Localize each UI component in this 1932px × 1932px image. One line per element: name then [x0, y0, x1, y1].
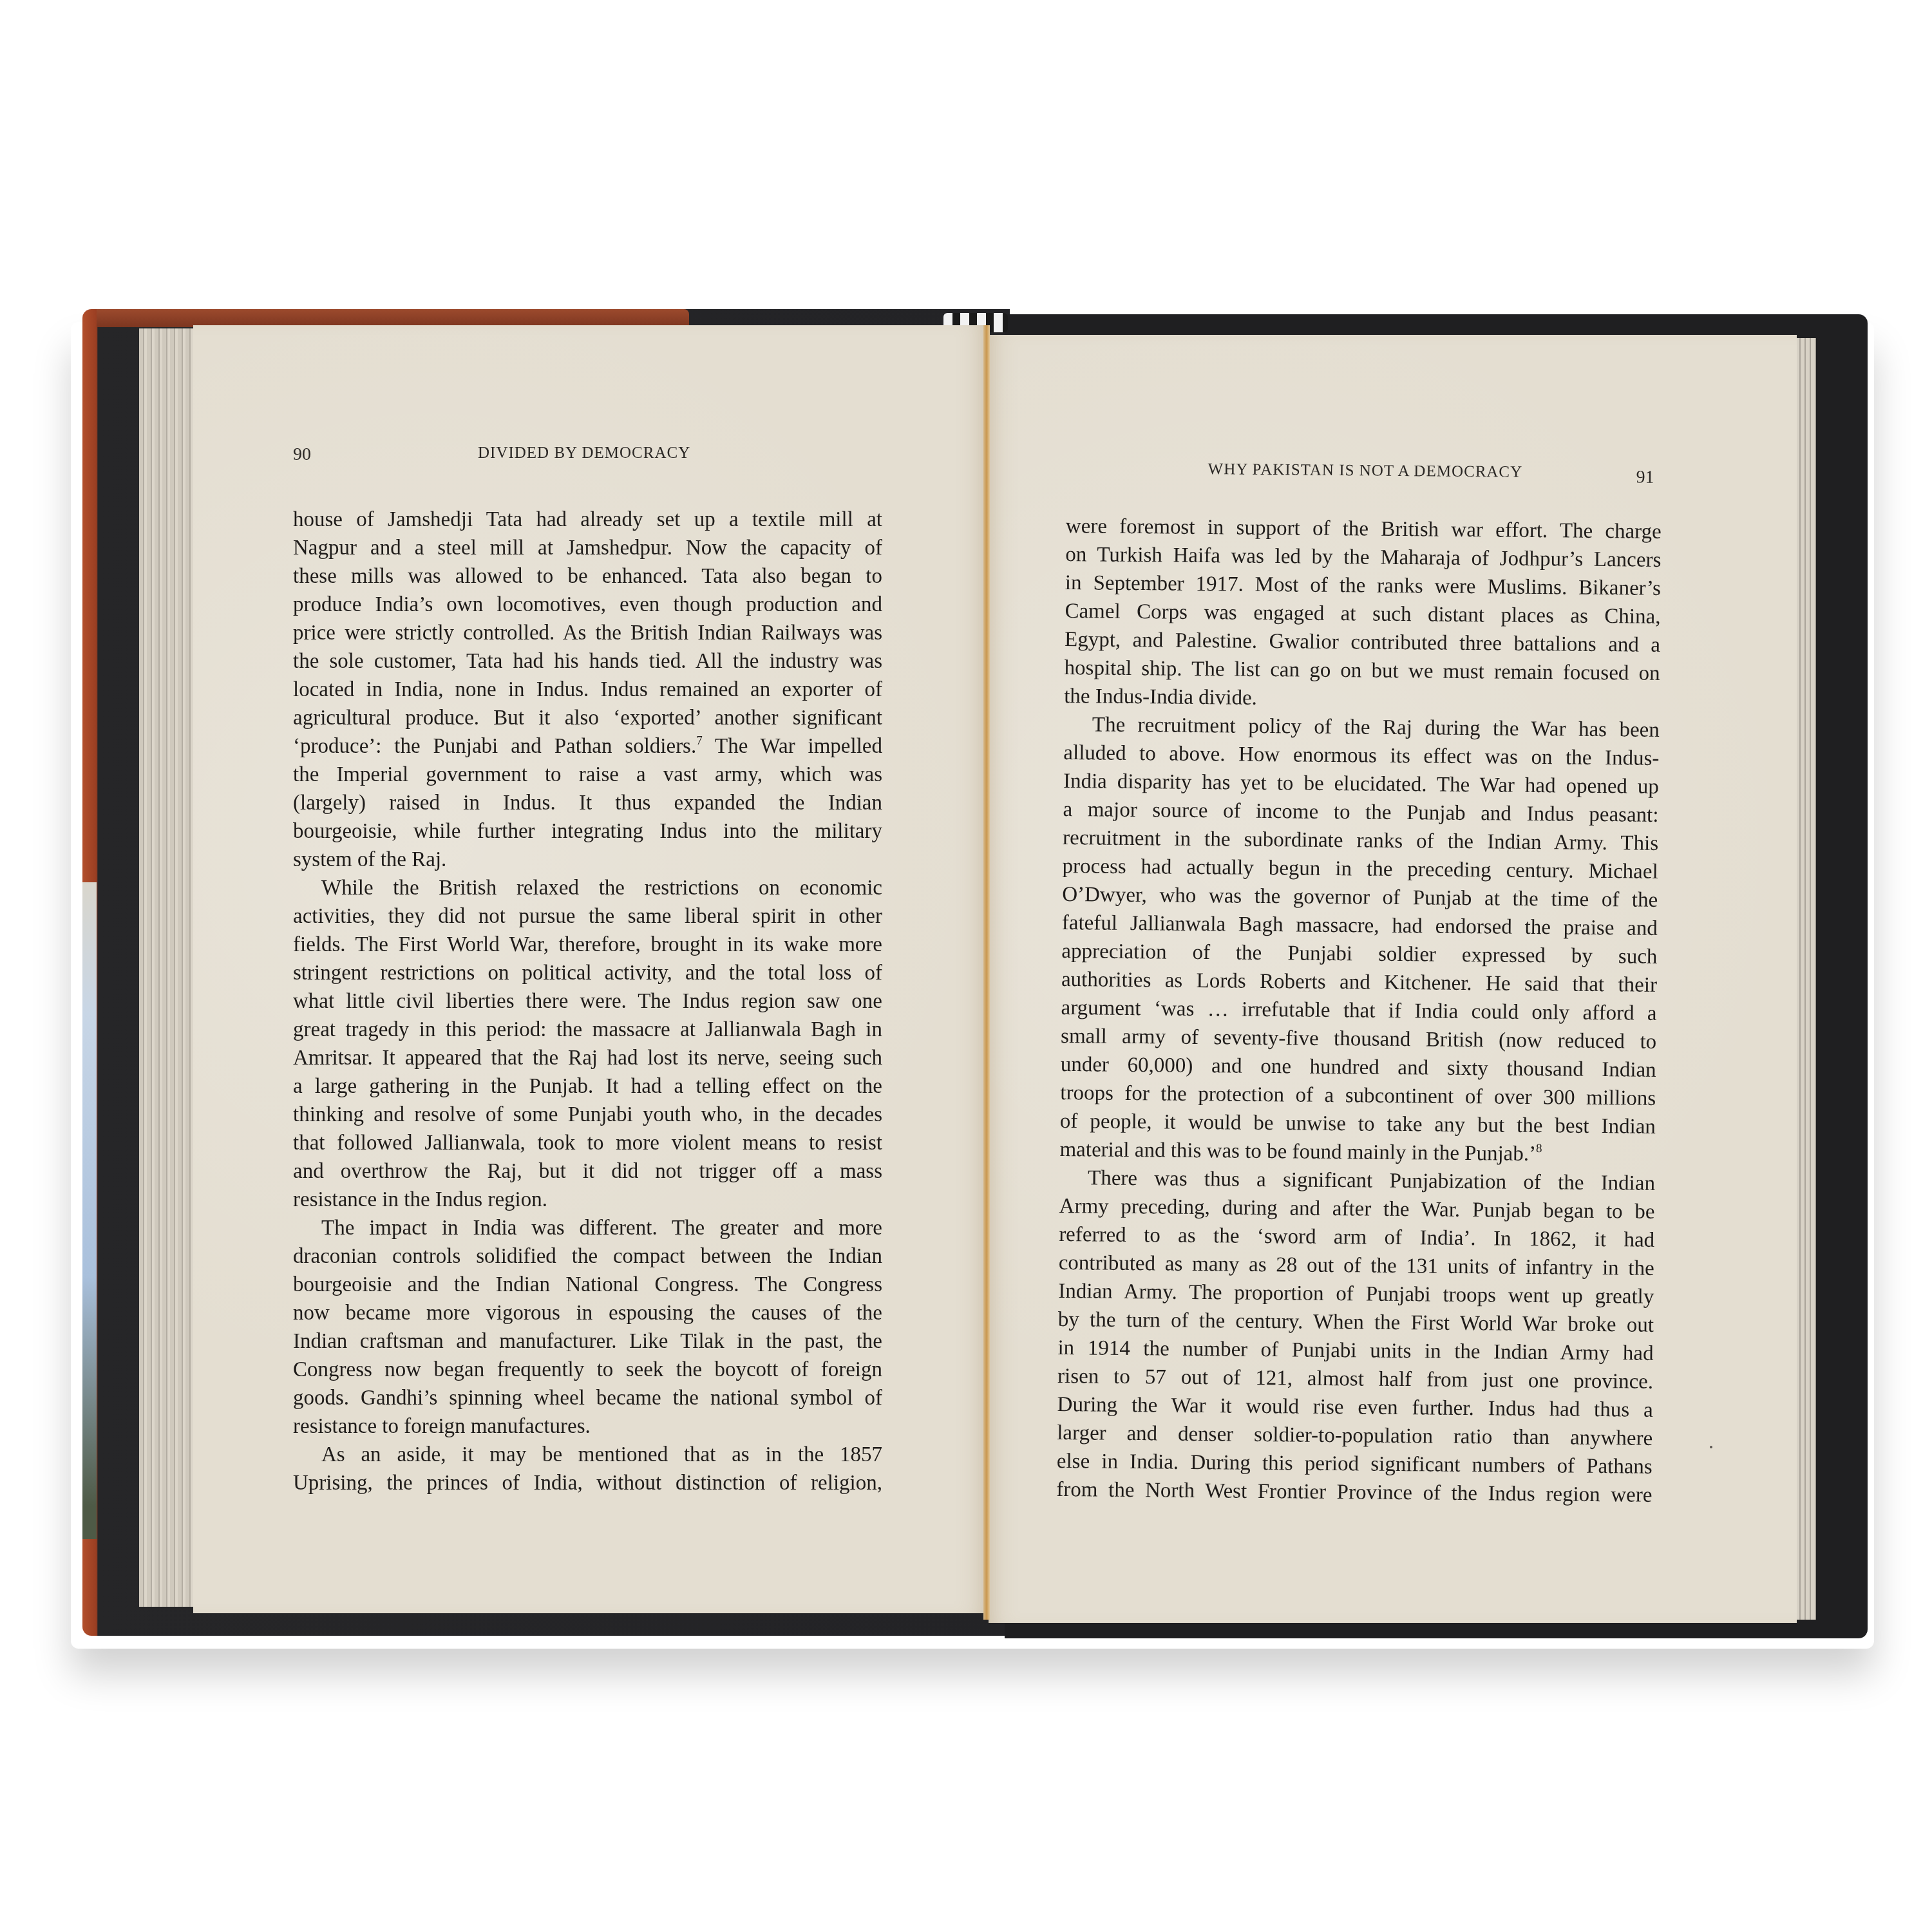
text-line: Indian craftsman and manufacturer. Like … [293, 1327, 882, 1356]
text-line: activities, they did not pursue the same… [293, 902, 882, 931]
book-gutter [983, 325, 990, 1620]
line-text: were foremost in support of the British … [1066, 515, 1662, 544]
line-text: the Indus-India divide. [1064, 685, 1257, 710]
text-line: Amritsar. It appeared that the Raj had l… [293, 1044, 882, 1072]
line-text: of people, it would be unwise to take an… [1060, 1110, 1656, 1139]
left-page-body: house of Jamshedji Tata had already set … [293, 506, 882, 1497]
text-line: the Imperial government to raise a vast … [293, 761, 882, 789]
text-line: located in India, none in Indus. Indus r… [293, 676, 882, 704]
line-text: ‘produce’: the Punjabi and Pathan soldie… [293, 735, 696, 758]
paper-speck [1710, 1446, 1712, 1448]
dust-jacket-edge [82, 882, 97, 1539]
line-text: Army preceding, during and after the War… [1059, 1195, 1654, 1224]
text-line: As an aside, it may be mentioned that as… [293, 1441, 882, 1469]
line-text: resistance in the Indus region. [293, 1188, 547, 1211]
line-text: the sole customer, Tata had his hands ti… [293, 650, 882, 673]
text-line: what little civil liberties there were. … [293, 987, 882, 1016]
line-text: house of Jamshedji Tata had already set … [293, 508, 882, 531]
line-text: fateful Jallianwala Bagh massacre, had e… [1062, 911, 1658, 940]
line-text: The recruitment policy of the Raj during… [1092, 713, 1660, 741]
line-text: fields. The First World War, therefore, … [293, 933, 882, 956]
text-line: now became more vigorous in espousing th… [293, 1299, 882, 1327]
line-text: a major source of income to the Punjab a… [1063, 798, 1658, 827]
left-page-number: 90 [293, 444, 311, 465]
line-text: under 60,000) and one hundred and sixty … [1061, 1053, 1656, 1082]
line-text: contributed as many as 28 out of the 131… [1059, 1251, 1654, 1280]
text-line: these mills was allowed to be enhanced. … [293, 562, 882, 591]
text-line: the sole customer, Tata had his hands ti… [293, 647, 882, 676]
footnote-marker[interactable]: 8 [1536, 1142, 1542, 1155]
text-line: thinking and resolve of some Punjabi you… [293, 1101, 882, 1129]
line-text: The impact in India was different. The g… [321, 1217, 882, 1240]
line-text: alluded to above. How enormous its effec… [1063, 741, 1659, 770]
line-text-after: The War impelled [703, 735, 882, 758]
text-line: Uprising, the princes of India, without … [293, 1469, 882, 1497]
line-text: in 1914 the number of Punjabi units in t… [1057, 1336, 1653, 1365]
line-text: troops for the protection of a subcontin… [1060, 1081, 1656, 1110]
text-line: produce India’s own locomotives, even th… [293, 591, 882, 619]
line-text: Amritsar. It appeared that the Raj had l… [293, 1046, 882, 1070]
line-text: During the War it would rise even furthe… [1057, 1393, 1653, 1422]
text-line: house of Jamshedji Tata had already set … [293, 506, 882, 534]
line-text: and overthrow the Raj, but it did not tr… [293, 1160, 882, 1183]
spine-top-band [97, 309, 689, 327]
line-text: in September 1917. Most of the ranks wer… [1065, 571, 1661, 600]
right-page-number: 91 [1636, 467, 1654, 488]
line-text: process had actually begun in the preced… [1063, 855, 1658, 884]
line-text: now became more vigorous in espousing th… [293, 1302, 882, 1325]
line-text: small army of seventy-five thousand Brit… [1061, 1025, 1656, 1054]
text-line: a large gathering in the Punjab. It had … [293, 1072, 882, 1101]
footnote-marker[interactable]: 7 [696, 734, 703, 748]
line-text: material and this was to be found mainly… [1059, 1138, 1536, 1166]
text-line: Congress now began frequently to seek th… [293, 1356, 882, 1384]
text-line: price were strictly controlled. As the B… [293, 619, 882, 647]
text-line: (largely) raised in Indus. It thus expan… [293, 789, 882, 817]
text-line: bourgeoisie, while further integrating I… [293, 817, 882, 846]
text-line: that followed Jallianwala, took to more … [293, 1129, 882, 1157]
text-line: ‘produce’: the Punjabi and Pathan soldie… [293, 732, 882, 761]
line-text: else in India. During this period signif… [1057, 1450, 1653, 1479]
text-line: fields. The First World War, therefore, … [293, 931, 882, 959]
line-text: from the North West Frontier Province of… [1056, 1478, 1652, 1507]
line-text: larger and denser soldier-to-population … [1057, 1421, 1653, 1450]
text-line: resistance in the Indus region. [293, 1186, 882, 1214]
right-page-content: WHY PAKISTAN IS NOT A DEMOCRACY 91 were … [1056, 512, 1662, 1510]
line-text: recruitment in the subordinate ranks of … [1063, 826, 1658, 855]
line-text: on Turkish Haifa was led by the Maharaja… [1065, 543, 1661, 572]
line-text: bourgeoisie and the Indian National Cong… [293, 1273, 882, 1296]
text-line: agricultural produce. But it also ‘expor… [293, 704, 882, 732]
line-text: located in India, none in Indus. Indus r… [293, 678, 882, 701]
line-text: appreciation of the Punjabi soldier expr… [1061, 940, 1657, 969]
text-line: from the North West Frontier Province of… [1056, 1475, 1652, 1510]
line-text: goods. Gandhi’s spinning wheel became th… [293, 1387, 882, 1410]
line-text: system of the Raj. [293, 848, 446, 871]
line-text: Uprising, the princes of India, without … [293, 1472, 882, 1495]
line-text: these mills was allowed to be enhanced. … [293, 565, 882, 588]
line-text: referred to as the ‘sword arm of India’.… [1059, 1223, 1654, 1252]
line-text: the Imperial government to raise a vast … [293, 763, 882, 786]
text-line: The impact in India was different. The g… [293, 1214, 882, 1242]
line-text: argument ‘was … irrefutable that if Indi… [1061, 996, 1656, 1025]
line-text: O’Dwyer, who was the governor of Punjab … [1062, 883, 1658, 912]
line-text: While the British relaxed the restrictio… [321, 876, 882, 900]
left-running-head: DIVIDED BY DEMOCRACY [478, 444, 690, 462]
line-text: As an aside, it may be mentioned that as… [321, 1443, 882, 1466]
line-text: Congress now began frequently to seek th… [293, 1358, 882, 1381]
text-line: and overthrow the Raj, but it did not tr… [293, 1157, 882, 1186]
line-text: great tragedy in this period: the massac… [293, 1018, 882, 1041]
line-text: draconian controls solidified the compac… [293, 1245, 882, 1268]
line-text: Egypt, and Palestine. Gwalior contribute… [1065, 628, 1660, 657]
right-page-body: were foremost in support of the British … [1056, 512, 1662, 1510]
line-text: a large gathering in the Punjab. It had … [293, 1075, 882, 1098]
line-text: stringent restrictions on political acti… [293, 961, 882, 985]
line-text: resistance to foreign manufactures. [293, 1415, 591, 1438]
text-line: stringent restrictions on political acti… [293, 959, 882, 987]
line-text: bourgeoisie, while further integrating I… [293, 820, 882, 843]
line-text: price were strictly controlled. As the B… [293, 621, 882, 645]
line-text: that followed Jallianwala, took to more … [293, 1132, 882, 1155]
text-line: draconian controls solidified the compac… [293, 1242, 882, 1271]
line-text: thinking and resolve of some Punjabi you… [293, 1103, 882, 1126]
line-text: activities, they did not pursue the same… [293, 905, 882, 928]
line-text: agricultural produce. But it also ‘expor… [293, 706, 882, 730]
line-text: Camel Corps was engaged at such distant … [1065, 600, 1660, 629]
line-text: (largely) raised in Indus. It thus expan… [293, 791, 882, 815]
text-line: goods. Gandhi’s spinning wheel became th… [293, 1384, 882, 1412]
text-line: bourgeoisie and the Indian National Cong… [293, 1271, 882, 1299]
line-text: produce India’s own locomotives, even th… [293, 593, 882, 616]
right-running-head: WHY PAKISTAN IS NOT A DEMOCRACY [1208, 460, 1523, 482]
line-text: Indian Army. The proportion of Punjabi t… [1058, 1280, 1654, 1309]
text-line: While the British relaxed the restrictio… [293, 874, 882, 902]
line-text: India disparity has yet to be elucidated… [1063, 770, 1659, 799]
line-text: Nagpur and a steel mill at Jamshedpur. N… [293, 536, 882, 560]
line-text: what little civil liberties there were. … [293, 990, 882, 1013]
text-line: great tragedy in this period: the massac… [293, 1016, 882, 1044]
line-text: authorities as Lords Roberts and Kitchen… [1061, 968, 1657, 997]
text-line: system of the Raj. [293, 846, 882, 874]
line-text: by the turn of the century. When the Fir… [1058, 1308, 1654, 1337]
line-text: Indian craftsman and manufacturer. Like … [293, 1330, 882, 1353]
line-text: There was thus a significant Punjabizati… [1088, 1166, 1655, 1195]
line-text: risen to 57 out of 121, almost half from… [1057, 1365, 1653, 1394]
text-line: Nagpur and a steel mill at Jamshedpur. N… [293, 534, 882, 562]
text-line: resistance to foreign manufactures. [293, 1412, 882, 1441]
line-text: hospital ship. The list can go on but we… [1065, 656, 1660, 685]
